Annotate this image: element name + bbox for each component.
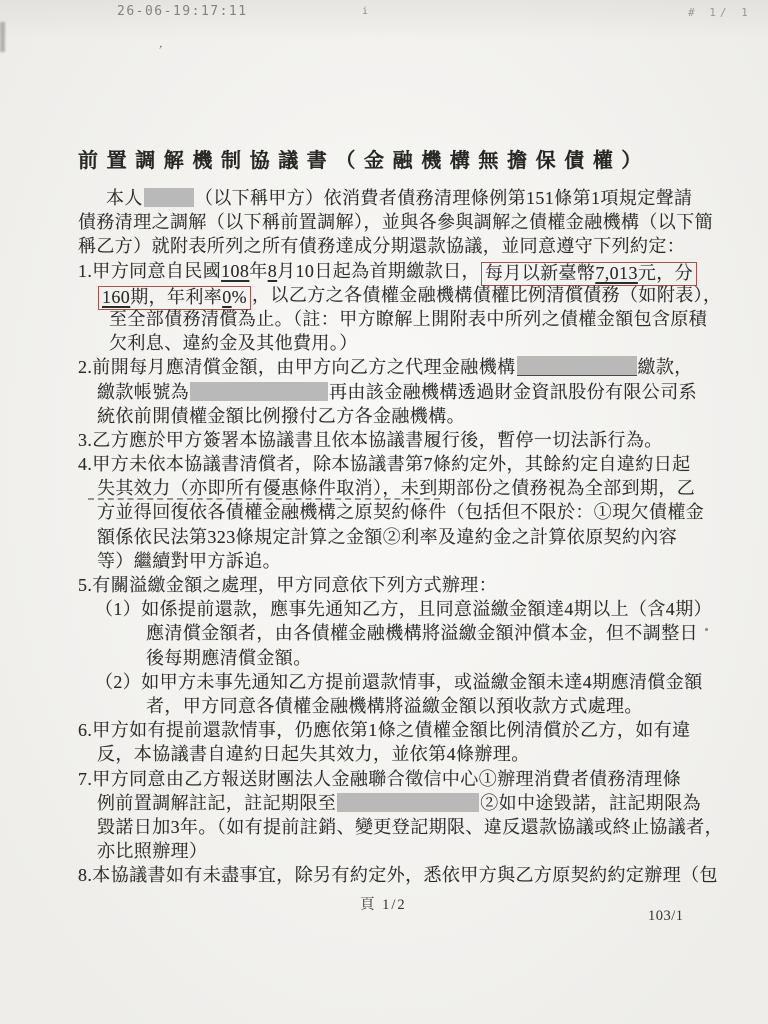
doc-line: 5.有關溢繳金額之處理，甲方同意依下列方式辦理：	[78, 573, 738, 597]
text-run: 毀諾日加3年。（如有提前註銷、變更登記期限、違反還款協議或終止協議者，	[97, 817, 723, 837]
text-run: 本人	[106, 188, 143, 208]
text-run: 月10日起為首期繳款日，	[277, 261, 480, 281]
text-run: 方並得回復依各債權金融機構之原契約條件（包括但不限於：①現欠債權金	[97, 502, 704, 522]
doc-line: 4.甲方未依本協議書清償者，除本協議書第7條約定外，其餘約定自違約日起	[78, 452, 738, 476]
text-run: 再由該金融機構透過財金資訊股份有限公司系	[329, 382, 697, 402]
text-run: （以下稱甲方）依消費者債務清理條例第151條第1項規定聲請	[195, 188, 693, 208]
doc-line: 額係依民法第323條規定計算之金額②利率及違約金之計算依原契約內容	[97, 525, 738, 549]
text-run: 失其效力（亦即所有優惠條件取消），未到期部份之債務視為全部到期，乙	[97, 478, 695, 498]
doc-line: 本人（以下稱甲方）依消費者債務清理條例第151條第1項規定聲請	[106, 186, 738, 210]
underlined-value: 8	[268, 261, 277, 281]
text-run: 3.乙方應於甲方簽署本協議書且依本協議書履行後，暫停一切法訴行為。	[78, 430, 663, 450]
doc-line: 債務清理之調解（以下稱前置調解），並與各參與調解之債權金融機構（以下簡	[78, 210, 738, 234]
text-run: 債務清理之調解（以下稱前置調解），並與各參與調解之債權金融機構（以下簡	[78, 212, 713, 232]
doc-line: 應清償金額者，由各債權金融機構將溢繳金額沖償本金，但不調整日	[146, 621, 738, 645]
doc-line: 2.前開每月應清償金額，由甲方向乙方之代理金融機構繳款，	[78, 355, 738, 379]
doc-line: 8.本協議書如有未盡事宜，除另有約定外，悉依甲方與乙方原契約約定辦理（包	[78, 863, 738, 887]
doc-line: 亦比照辦理）	[97, 839, 738, 863]
text-run: 稱乙方）就附表所列之所有債務達成分期還款協議，並同意遵守下列約定：	[78, 236, 685, 256]
text-run: ②如中途毀諾，註記期限為	[480, 793, 701, 813]
doc-line: 1.甲方同意自民國108年8月10日起為首期繳款日，每月以新臺幣7,013元，分	[78, 259, 738, 283]
doc-line: 例前置調解註記，註記期限至②如中途毀諾，註記期限為	[97, 791, 738, 815]
underlined-value: 0	[222, 287, 231, 307]
underlined-value: 108	[221, 261, 249, 281]
text-run: 至全部債務清償為止。（註：甲方瞭解上開附表中所列之債權金額包含原積	[109, 309, 707, 329]
text-run: 欠利息、違約金及其他費用。）	[109, 333, 358, 353]
doc-line: 3.乙方應於甲方簽署本協議書且依本協議書履行後，暫停一切法訴行為。	[78, 428, 738, 452]
doc-line: 7.甲方同意由乙方報送財團法人金融聯合徵信中心①辦理消費者債務清理條	[78, 767, 738, 791]
text-run: （1）如係提前還款，應事先通知乙方，且同意溢繳金額達4期以上（含4期）	[95, 599, 712, 619]
doc-line: 稱乙方）就附表所列之所有債務達成分期還款協議，並同意遵守下列約定：	[78, 234, 738, 258]
doc-line: 欠利息、違約金及其他費用。）	[109, 331, 738, 355]
text-run: 應清償金額者，由各債權金融機構將溢繳金額沖償本金，但不調整日	[146, 623, 698, 643]
text-run: （2）如甲方未事先通知乙方提前還款情事，或溢繳金額未達4期應清償金額	[95, 672, 703, 692]
doc-line: （1）如係提前還款，應事先通知乙方，且同意溢繳金額達4期以上（含4期）	[95, 597, 738, 621]
red-highlight-box: 每月以新臺幣7,013元，分	[481, 262, 697, 286]
underlined-value: 7,013	[595, 263, 638, 283]
text-run: 例前置調解註記，註記期限至	[97, 793, 336, 813]
page-title: 前置調解機制協議書（金融機構無擔保債權）	[78, 144, 718, 173]
doc-line: 失其效力（亦即所有優惠條件取消），未到期部份之債務視為全部到期，乙	[97, 476, 738, 500]
scan-artifact-tick: i	[362, 6, 368, 17]
doc-line: （2）如甲方未事先通知乙方提前還款情事，或溢繳金額未達4期應清償金額	[95, 670, 738, 694]
text-run: 亦比照辦理）	[97, 841, 207, 861]
redaction-box	[517, 356, 637, 376]
text-run: 元，分	[638, 263, 693, 283]
doc-line: 反，本協議書自違約日起失其效力，並依第4條辦理。	[97, 742, 738, 766]
text-run: ，以乙方之各債權金融機構債權比例清償債務（如附表），	[252, 285, 721, 305]
doc-line: 後每期應清償金額。	[146, 646, 738, 670]
doc-line: 統依前開債權金額比例撥付乙方各金融機構。	[97, 404, 738, 428]
doc-line: 毀諾日加3年。（如有提前註銷、變更登記期限、違反還款協議或終止協議者，	[97, 815, 738, 839]
text-run: 繳款，	[638, 357, 693, 377]
underlined-value: 160	[102, 287, 130, 307]
doc-line: 者，甲方同意各債權金融機構將溢繳金額以預收款方式處理。	[146, 694, 738, 718]
text-run: 8.本協議書如有未盡事宜，除另有約定外，悉依甲方與乙方原契約約定辦理（包	[78, 865, 718, 885]
text-run: 後每期應清償金額。	[146, 648, 312, 668]
text-run: %	[232, 287, 247, 307]
scan-artifact-smudge	[0, 22, 5, 52]
text-run: 5.有關溢繳金額之處理，甲方同意依下列方式辦理：	[78, 575, 497, 595]
redaction-box	[144, 188, 194, 207]
text-run: 者，甲方同意各債權金融機構將溢繳金額以預收款方式處理。	[146, 696, 643, 716]
text-run: 等）繼續對甲方訴追。	[97, 551, 281, 571]
text-run: 額係依民法第323條規定計算之金額②利率及違約金之計算依原契約內容	[97, 527, 677, 547]
text-run: 4.甲方未依本協議書清償者，除本協議書第7條約定外，其餘約定自違約日起	[78, 454, 691, 474]
footer-page-number: 頁 1/2	[360, 893, 407, 914]
text-run: 反，本協議書自違約日起失其效力，並依第4條辦理。	[97, 744, 530, 764]
text-run: 每月以新臺幣	[485, 263, 595, 283]
doc-line: 至全部債務清償為止。（註：甲方瞭解上開附表中所列之債權金額包含原積	[109, 307, 738, 331]
text-run: 7.甲方同意由乙方報送財團法人金融聯合徵信中心①辦理消費者債務清理條	[78, 769, 681, 789]
text-run: 統依前開債權金額比例撥付乙方各金融機構。	[97, 406, 465, 426]
doc-line: 等）繼續對甲方訴追。	[97, 549, 738, 573]
footer-doc-code: 103/1	[648, 908, 684, 925]
text-run: 年	[249, 261, 267, 281]
doc-line: 繳款帳號為再由該金融機構透過財金資訊股份有限公司系	[97, 380, 738, 404]
text-run: 1.甲方同意自民國	[78, 261, 221, 281]
text-run: 繳款帳號為	[97, 382, 189, 402]
fax-page-marker: # 1/ 1	[688, 6, 752, 19]
redaction-box	[190, 382, 328, 401]
doc-line: 6.甲方如有提前還款情事，仍應依第1條之債權金額比例清償於乙方，如有違	[78, 718, 738, 742]
scan-artifact-mark: ,	[158, 36, 164, 51]
document-body: 本人（以下稱甲方）依消費者債務清理條例第151條第1項規定聲請債務清理之調解（以…	[78, 186, 738, 887]
doc-line: 方並得回復依各債權金融機構之原契約條件（包括但不限於：①現欠債權金	[97, 500, 738, 524]
text-run: 期，年利率	[130, 287, 222, 307]
text-run: 6.甲方如有提前還款情事，仍應依第1條之債權金額比例清償於乙方，如有違	[78, 720, 691, 740]
redaction-box	[337, 793, 479, 812]
text-run: 2.前開每月應清償金額，由甲方向乙方之代理金融機構	[78, 357, 516, 377]
fax-timestamp: 26-06-19:17:11	[117, 4, 248, 19]
doc-line: 160期，年利率0%，以乙方之各債權金融機構債權比例清償債務（如附表），	[97, 283, 738, 307]
